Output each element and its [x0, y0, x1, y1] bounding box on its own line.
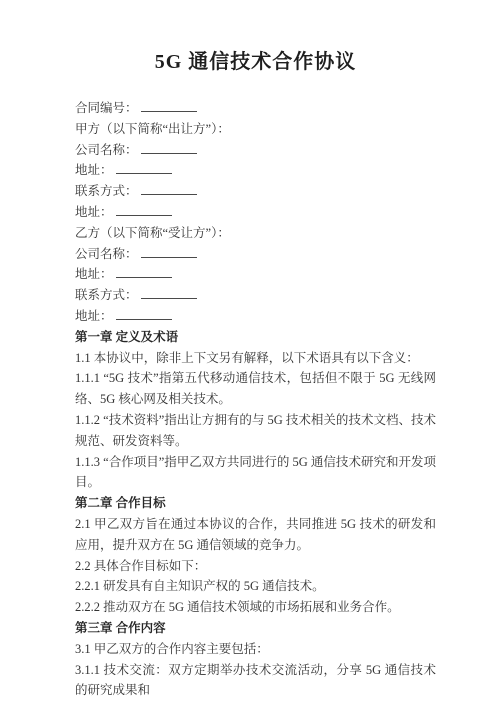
paragraph: 3.1.1 技术交流：双方定期举办技术交流活动，分享 5G 通信技术的研究成果和: [75, 660, 436, 702]
field-blank-line: [116, 204, 172, 216]
field-label: 甲方（以下简称“出让方”）：: [75, 122, 230, 136]
field-label: 地址：: [75, 309, 113, 323]
paragraph: 1.1.3 “合作项目”指甲乙双方共同进行的 5G 通信技术研究和开发项目。: [75, 452, 436, 494]
section: 第三章 合作内容 3.1 甲乙双方的合作内容主要包括： 3.1.1 技术交流：双…: [75, 618, 436, 701]
section: 第一章 定义及术语 1.1 本协议中，除非上下文另有解释，以下术语具有以下含义：…: [75, 327, 436, 493]
field-line: 联系方式：: [75, 181, 436, 202]
field-line: 公司名称：: [75, 244, 436, 265]
document-title: 5G 通信技术合作协议: [75, 48, 436, 76]
section-heading: 第二章 合作目标: [75, 493, 436, 514]
field-blank-line: [141, 287, 197, 299]
document-sections: 第一章 定义及术语 1.1 本协议中，除非上下文另有解释，以下术语具有以下含义：…: [75, 327, 436, 701]
field-blank-line: [116, 266, 172, 278]
paragraph: 2.1 甲乙双方旨在通过本协议的合作，共同推进 5G 技术的研发和应用，提升双方…: [75, 514, 436, 556]
field-blank-line: [116, 162, 172, 174]
field-label: 公司名称：: [75, 143, 138, 157]
field-line: 地址：: [75, 306, 436, 327]
field-label: 地址：: [75, 205, 113, 219]
paragraph: 1.1.1 “5G 技术”指第五代移动通信技术，包括但不限于 5G 无线网络、5…: [75, 368, 436, 410]
document-page: 5G 通信技术合作协议 合同编号： 甲方（以下简称“出让方”）： 公司名称： 地…: [0, 0, 500, 707]
field-label: 合同编号：: [75, 101, 138, 115]
header-fields: 合同编号： 甲方（以下简称“出让方”）： 公司名称： 地址： 联系方式： 地址：…: [75, 98, 436, 327]
field-label: 地址：: [75, 163, 113, 177]
field-blank-line: [141, 183, 197, 195]
field-line: 地址：: [75, 264, 436, 285]
field-line: 合同编号：: [75, 98, 436, 119]
field-blank-line: [116, 308, 172, 320]
paragraph: 1.1 本协议中，除非上下文另有解释，以下术语具有以下含义：: [75, 348, 436, 369]
field-label: 联系方式：: [75, 288, 138, 302]
paragraph: 1.1.2 “技术资料”指出让方拥有的与 5G 技术相关的技术文档、技术规范、研…: [75, 410, 436, 452]
section-heading: 第一章 定义及术语: [75, 327, 436, 348]
field-label: 乙方（以下简称“受让方”）：: [75, 226, 230, 240]
paragraph: 3.1 甲乙双方的合作内容主要包括：: [75, 639, 436, 660]
field-blank-line: [141, 100, 197, 112]
field-line: 甲方（以下简称“出让方”）：: [75, 119, 436, 140]
field-line: 地址：: [75, 202, 436, 223]
paragraph: 2.2.1 研发具有自主知识产权的 5G 通信技术。: [75, 576, 436, 597]
field-blank-line: [141, 142, 197, 154]
field-line: 乙方（以下简称“受让方”）：: [75, 223, 436, 244]
field-line: 联系方式：: [75, 285, 436, 306]
field-label: 联系方式：: [75, 184, 138, 198]
field-label: 地址：: [75, 267, 113, 281]
paragraph: 2.2 具体合作目标如下：: [75, 556, 436, 577]
field-label: 公司名称：: [75, 247, 138, 261]
section-heading: 第三章 合作内容: [75, 618, 436, 639]
field-line: 公司名称：: [75, 140, 436, 161]
paragraph: 2.2.2 推动双方在 5G 通信技术领域的市场拓展和业务合作。: [75, 597, 436, 618]
field-line: 地址：: [75, 160, 436, 181]
field-blank-line: [141, 246, 197, 258]
section: 第二章 合作目标 2.1 甲乙双方旨在通过本协议的合作，共同推进 5G 技术的研…: [75, 493, 436, 618]
